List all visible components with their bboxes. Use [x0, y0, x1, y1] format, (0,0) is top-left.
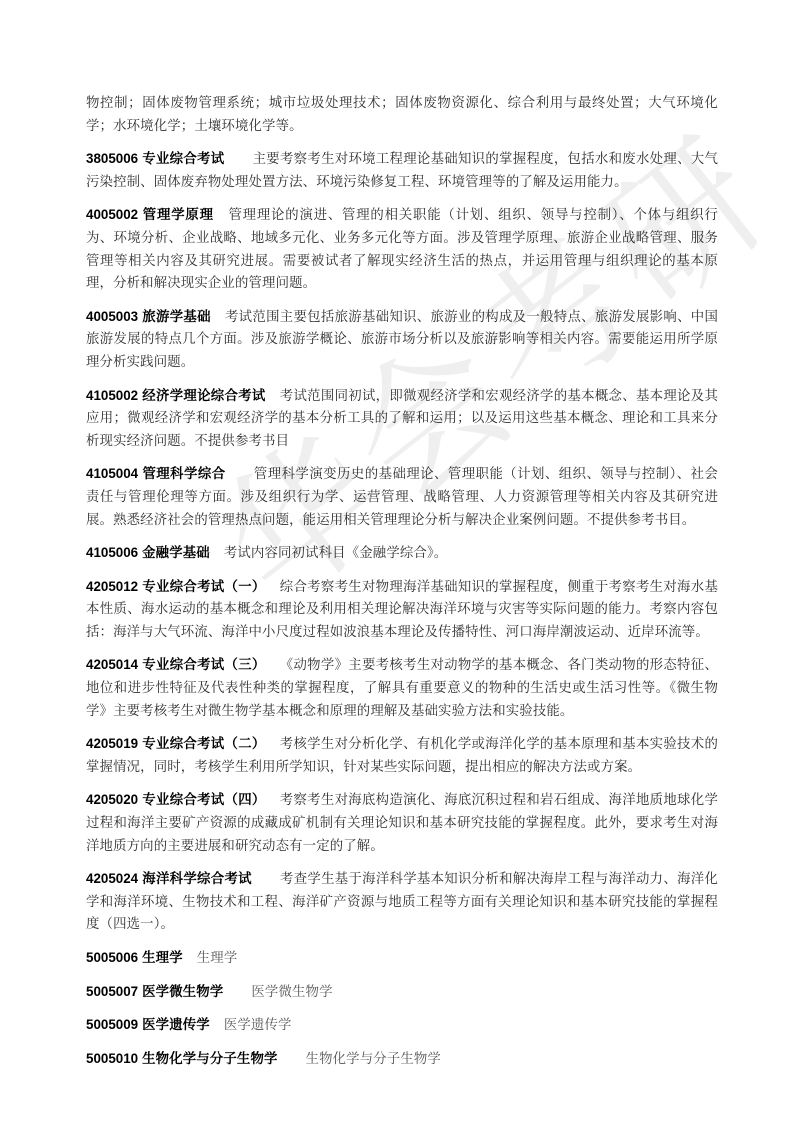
- entry-description: 物控制；固体废物管理系统；城市垃圾处理技术；固体废物资源化、综合利用与最终处置；…: [86, 96, 718, 134]
- document-page: 物控制；固体废物管理系统；城市垃圾处理技术；固体废物资源化、综合利用与最终处置；…: [86, 93, 718, 1081]
- course-title: 医学遗传学: [142, 1018, 210, 1033]
- entry-4205020: 4205020专业综合考试（四）考察考生对海底构造演化、海底沉积过程和岩石组成、…: [86, 789, 718, 858]
- entry-4205019: 4205019专业综合考试（二）考核学生对分析化学、有机化学或海洋化学的基本原理…: [86, 733, 718, 779]
- entry-5005006: 5005006生理学生理学: [86, 947, 718, 971]
- course-code: 3805006: [86, 151, 138, 166]
- entry-description: 生物化学与分子生物学: [306, 1052, 441, 1067]
- entry-5005007: 5005007医学微生物学医学微生物学: [86, 981, 718, 1005]
- course-code: 4105004: [86, 466, 138, 481]
- entry-5005009: 5005009医学遗传学医学遗传学: [86, 1014, 718, 1038]
- course-code: 5005009: [86, 1017, 138, 1032]
- entry-description: 考试内容同初试科目《金融学综合》。: [224, 546, 448, 561]
- entry-4205012: 4205012专业综合考试（一）综合考察考生对物理海洋基础知识的掌握程度，侧重于…: [86, 576, 718, 645]
- course-title: 旅游学基础: [142, 310, 211, 325]
- course-code: 4105002: [86, 388, 138, 403]
- course-title: 生物化学与分子生物学: [142, 1052, 277, 1067]
- entry-5005010: 5005010生物化学与分子生物学生物化学与分子生物学: [86, 1048, 718, 1072]
- course-code: 4005003: [86, 309, 138, 324]
- course-code: 4005002: [86, 207, 138, 222]
- course-title: 医学微生物学: [142, 985, 223, 1000]
- course-title: 生理学: [142, 951, 183, 966]
- course-code: 4205014: [86, 657, 138, 672]
- entry-4105004: 4105004管理科学综合管理科学演变历史的基础理论、管理职能（计划、组织、领导…: [86, 463, 718, 532]
- course-title: 专业综合考试（三）: [142, 658, 265, 673]
- course-title: 经济学理论综合考试: [142, 389, 265, 404]
- course-title: 金融学基础: [142, 546, 210, 561]
- course-code: 5005007: [86, 984, 138, 999]
- course-title: 海洋科学综合考试: [142, 872, 252, 887]
- course-title: 专业综合考试（四）: [142, 793, 265, 808]
- entry-description: 生理学: [197, 951, 238, 966]
- course-title: 专业综合考试: [142, 152, 224, 167]
- course-title: 管理科学综合: [142, 467, 225, 482]
- entry-4005003: 4005003旅游学基础考试范围主要包括旅游基础知识、旅游业的构成及一般特点、旅…: [86, 306, 718, 375]
- entry-continuation: 物控制；固体废物管理系统；城市垃圾处理技术；固体废物资源化、综合利用与最终处置；…: [86, 93, 718, 138]
- entry-description: 医学微生物学: [251, 985, 332, 1000]
- course-title: 管理学原理: [142, 208, 214, 223]
- entry-description: 医学遗传学: [224, 1018, 292, 1033]
- course-title: 专业综合考试（一）: [142, 580, 265, 595]
- entry-4005002: 4005002管理学原理管理理论的演进、管理的相关职能（计划、组织、领导与控制）…: [86, 204, 718, 295]
- course-title: 专业综合考试（二）: [142, 737, 265, 752]
- course-code: 5005006: [86, 950, 138, 965]
- course-code: 4205019: [86, 736, 138, 751]
- entry-4105006: 4105006金融学基础考试内容同初试科目《金融学综合》。: [86, 542, 718, 566]
- course-code: 4205024: [86, 871, 138, 886]
- entry-4205014: 4205014专业综合考试（三）《动物学》主要考核考生对动物学的基本概念、各门类…: [86, 654, 718, 723]
- entry-4105002: 4105002经济学理论综合考试考试范围同初试，即微观经济学和宏观经济学的基本概…: [86, 385, 718, 454]
- course-code: 4105006: [86, 545, 138, 560]
- course-code: 4205020: [86, 792, 138, 807]
- entry-4205024: 4205024海洋科学综合考试考查学生基于海洋科学基本知识分析和解决海岸工程与海…: [86, 868, 718, 937]
- course-code: 5005010: [86, 1051, 138, 1066]
- entry-3805006: 3805006专业综合考试主要考察考生对环境工程理论基础知识的掌握程度，包括水和…: [86, 148, 718, 194]
- course-code: 4205012: [86, 579, 138, 594]
